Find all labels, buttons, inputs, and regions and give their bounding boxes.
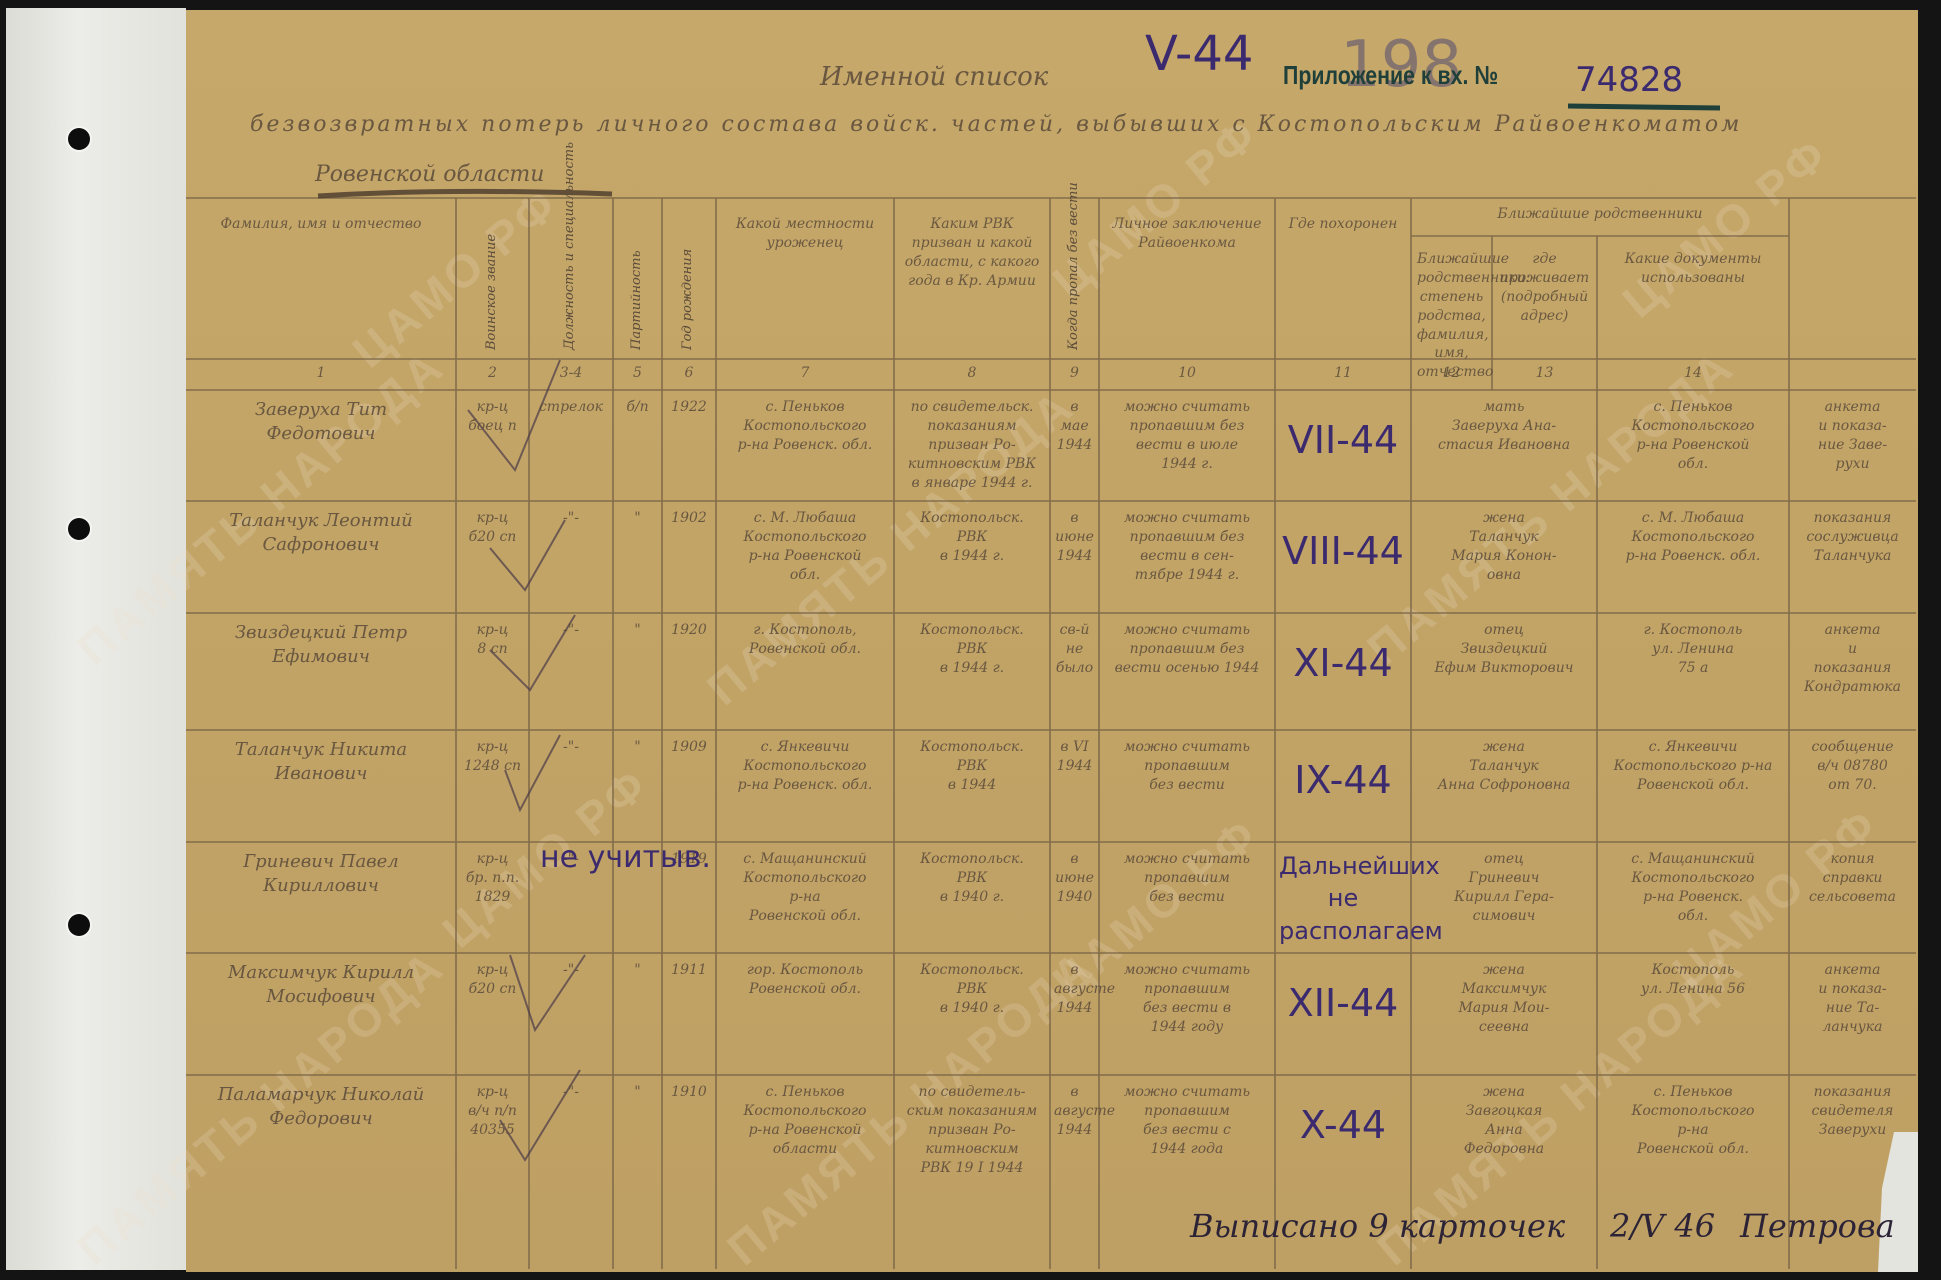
cell-conclusion: можно считать пропавшим без вести в сен-…: [1103, 509, 1271, 585]
cell-conclusion: можно считать пропавшим без вести: [1103, 850, 1271, 907]
cell-born: 1909: [666, 738, 712, 757]
cell-born: 1922: [666, 398, 712, 417]
cell-drafted: Костопольск. РВК в 1940 г.: [898, 850, 1046, 907]
column-header: Какой местности уроженец: [722, 215, 888, 253]
incoming-stamp-number: 74828: [1575, 58, 1683, 104]
cell-party: ": [617, 509, 658, 528]
column-number: 13: [1492, 364, 1597, 383]
column-number: 14: [1597, 364, 1789, 383]
cell-relative: жена Таланчук Анна Софроновна: [1415, 738, 1593, 795]
column-header: Каким РВК призван и какой области, с как…: [900, 215, 1044, 291]
cell-relative: жена Максимчук Мария Мои- сеевна: [1415, 961, 1593, 1037]
document-subtitle: безвозвратных потерь личного состава вой…: [250, 110, 1742, 140]
cell-address: Костополь ул. Ленина 56: [1601, 961, 1785, 999]
cell-missing: в июне 1940: [1054, 850, 1095, 907]
cell-drafted: Костопольск. РВК в 1944 г.: [898, 509, 1046, 566]
cell-born: 1902: [666, 509, 712, 528]
cell-birthplace: с. Янкевичи Костопольского р-на Ровенск.…: [720, 738, 890, 795]
cell-party: ": [617, 621, 658, 640]
footer-note: Выписано 9 карточек: [1190, 1205, 1565, 1248]
cell-documents: анкета и показа- ние Та- ланчука: [1793, 961, 1912, 1037]
cell-drafted: по свидетель- ским показаниям призван Ро…: [898, 1083, 1046, 1177]
cell-born: 1911: [666, 961, 712, 980]
cell-address: с. Мащанинский Костопольского р-на Ровен…: [1601, 850, 1785, 926]
cell-rank: кр-ц в/ч п/п 40355: [460, 1083, 525, 1140]
cell-birthplace: гор. Костополь Ровенской обл.: [720, 961, 890, 999]
column-number: 2: [456, 364, 529, 383]
cell-address: с. Янкевичи Костопольского р-на Ровенско…: [1601, 738, 1785, 795]
cell-documents: показания сослуживца Таланчука: [1793, 509, 1912, 566]
cell-position: стрелок: [533, 398, 609, 417]
cell-relative: жена Таланчук Мария Конон- овна: [1415, 509, 1593, 585]
cell-rank: кр-ц б20 сп: [460, 961, 525, 999]
column-header: Год рождения: [680, 210, 695, 350]
cell-conclusion: можно считать пропавшим без вести осенью…: [1103, 621, 1271, 678]
cell-party: ": [617, 738, 658, 757]
column-header: Личное заключение Райвоенкома: [1105, 215, 1269, 253]
column-header: Ближайшие родственники: степень родства,…: [1417, 250, 1486, 382]
cell-documents: анкета и показания Кондратюка: [1793, 621, 1912, 697]
cell-conclusion: можно считать пропавшим без вести: [1103, 738, 1271, 795]
footer-date: 2/V 46: [1610, 1205, 1715, 1248]
column-number: 1: [186, 364, 456, 383]
cell-position: -"-: [533, 621, 609, 640]
cell-drafted: Костопольск. РВК в 1944: [898, 738, 1046, 795]
footer-signature: Петрова: [1740, 1205, 1895, 1248]
column-number: 12: [1411, 364, 1492, 383]
cell-buried: VIII-44: [1279, 526, 1407, 577]
incoming-stamp-label: Приложение к вх. №: [1283, 60, 1498, 91]
relatives-group-header: Ближайшие родственники: [1411, 205, 1789, 224]
cell-rank: кр-ц бр. п.п. 1829: [460, 850, 525, 907]
cell-party: б/п: [617, 398, 658, 417]
cell-birthplace: с. Мащанинский Костопольского р-на Ровен…: [720, 850, 890, 926]
cell-position: -"-: [533, 738, 609, 757]
cell-born: 1910: [666, 1083, 712, 1102]
cell-name: Звиздецкий Петр Ефимович: [190, 621, 452, 670]
cell-conclusion: можно считать пропавшим без вести в 1944…: [1103, 961, 1271, 1037]
cell-documents: сообщение в/ч 08780 от 70.: [1793, 738, 1912, 795]
document-title: Именной список: [820, 60, 1048, 95]
punch-hole: [68, 128, 90, 150]
cell-birthplace: с. М. Любаша Костопольского р-на Ровенск…: [720, 509, 890, 585]
cell-rank: кр-ц 1248 сп: [460, 738, 525, 776]
cell-buried: IX-44: [1279, 755, 1407, 806]
cell-birthplace: с. Пеньков Костопольского р-на Ровенской…: [720, 1083, 890, 1159]
overlay-note: не учитыв.: [540, 838, 711, 879]
column-header: Где похоронен: [1281, 215, 1405, 234]
cell-name: Паламарчук Николай Федорович: [190, 1083, 452, 1132]
cell-address: с. Пеньков Костопольского р-на Ровенской…: [1601, 1083, 1785, 1159]
cell-relative: жена Завгоцкая Анна Федоровна: [1415, 1083, 1593, 1159]
cell-drafted: Костопольск. РВК в 1944 г.: [898, 621, 1046, 678]
cell-rank: кр-ц 8 сп: [460, 621, 525, 659]
cell-name: Гриневич Павел Кириллович: [190, 850, 452, 899]
column-number: 9: [1050, 364, 1099, 383]
column-number: 11: [1275, 364, 1411, 383]
cell-buried: Дальнейших не располагаем: [1279, 850, 1407, 947]
cell-missing: в июне 1944: [1054, 509, 1095, 566]
document-region: Ровенской области: [315, 160, 544, 190]
column-header: Какие документы использованы: [1603, 250, 1783, 288]
punch-hole: [68, 914, 90, 936]
cell-born: 1920: [666, 621, 712, 640]
title-annotation: V-44: [1145, 22, 1253, 87]
cell-birthplace: с. Пеньков Костопольского р-на Ровенск. …: [720, 398, 890, 455]
cell-missing: в августе 1944: [1054, 961, 1095, 1018]
column-header: Фамилия, имя и отчество: [192, 215, 450, 234]
column-header: Партийность: [629, 210, 644, 350]
cell-missing: в августе 1944: [1054, 1083, 1095, 1140]
cell-position: -"-: [533, 1083, 609, 1102]
cell-buried: X-44: [1279, 1100, 1407, 1151]
cell-name: Заверуха Тит Федотович: [190, 398, 452, 447]
cell-party: ": [617, 1083, 658, 1102]
cell-rank: кр-ц боец п: [460, 398, 525, 436]
cell-missing: св-й не было: [1054, 621, 1095, 678]
punch-hole: [68, 518, 90, 540]
column-header: Когда пропал без вести: [1066, 210, 1081, 350]
cell-party: ": [617, 961, 658, 980]
column-header: Должность и специальность: [562, 210, 577, 350]
cell-documents: копия справки сельсовета: [1793, 850, 1912, 907]
cell-missing: в VI 1944: [1054, 738, 1095, 776]
cell-drafted: по свидетельск. показаниям призван Ро- к…: [898, 398, 1046, 492]
cell-relative: мать Заверуха Ана- стасия Ивановна: [1415, 398, 1593, 455]
cell-missing: в мае 1944: [1054, 398, 1095, 455]
cell-buried: XII-44: [1279, 978, 1407, 1029]
cell-drafted: Костопольск. РВК в 1940 г.: [898, 961, 1046, 1018]
cell-documents: показания свидетеля Заверухи: [1793, 1083, 1912, 1140]
column-header: Воинское звание: [484, 210, 499, 350]
cell-address: с. М. Любаша Костопольского р-на Ровенск…: [1601, 509, 1785, 566]
column-number: 3-4: [529, 364, 613, 383]
column-number: 8: [894, 364, 1050, 383]
cell-rank: кр-ц б20 сп: [460, 509, 525, 547]
cell-name: Максимчук Кирилл Мосифович: [190, 961, 452, 1010]
column-header: где проживает (подробный адрес): [1498, 250, 1591, 326]
cell-buried: VII-44: [1279, 415, 1407, 466]
cell-address: г. Костополь ул. Ленина 75 а: [1601, 621, 1785, 678]
cell-conclusion: можно считать пропавшим без вести с 1944…: [1103, 1083, 1271, 1159]
cell-conclusion: можно считать пропавшим без вести в июле…: [1103, 398, 1271, 474]
cell-relative: отец Гриневич Кирилл Гера- симович: [1415, 850, 1593, 926]
cell-position: -"-: [533, 509, 609, 528]
cell-documents: анкета и показа- ние Заве- рухи: [1793, 398, 1912, 474]
cell-position: -"-: [533, 961, 609, 980]
column-number: 6: [662, 364, 716, 383]
cell-relative: отец Звиздецкий Ефим Викторович: [1415, 621, 1593, 678]
cell-name: Таланчук Леонтий Сафронович: [190, 509, 452, 558]
cell-address: с. Пеньков Костопольского р-на Ровенской…: [1601, 398, 1785, 474]
column-number: 7: [716, 364, 894, 383]
cell-birthplace: г. Костополь, Ровенской обл.: [720, 621, 890, 659]
column-number: 5: [613, 364, 662, 383]
cell-name: Таланчук Никита Иванович: [190, 738, 452, 787]
cell-buried: XI-44: [1279, 638, 1407, 689]
column-number: 10: [1099, 364, 1275, 383]
